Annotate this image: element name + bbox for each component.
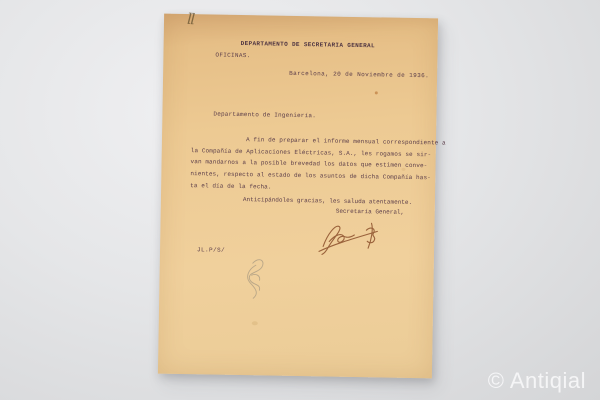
- paper-stain: [375, 91, 378, 94]
- dateline: Barcelona, 20 de Noviembre de 1936.: [289, 70, 429, 79]
- letterhead-department: DEPARTAMENTO DE SECRETARIA GENERAL: [241, 40, 375, 49]
- letterhead-office: OFICINAS.: [215, 52, 250, 60]
- closing-line: Anticipándoles gracias, les saluda atent…: [243, 196, 412, 206]
- letter-paper: ll DEPARTAMENTO DE SECRETARIA GENERAL OF…: [158, 14, 438, 379]
- pencil-doodle: [235, 253, 274, 304]
- signature-ink: [313, 210, 392, 261]
- letter-body: A fin de preparar el informe mensual cor…: [190, 133, 446, 196]
- recipient-line: Departamento de Ingeniería.: [213, 111, 316, 120]
- photo-of-letter: ll DEPARTAMENTO DE SECRETARIA GENERAL OF…: [0, 0, 600, 400]
- paper-stain: [401, 168, 405, 171]
- paper-stain: [252, 321, 258, 325]
- pencil-inventory-mark: ll: [187, 10, 195, 28]
- photo-watermark: © Antiqial: [488, 368, 586, 394]
- reference-code: JL.P/S/: [197, 246, 225, 253]
